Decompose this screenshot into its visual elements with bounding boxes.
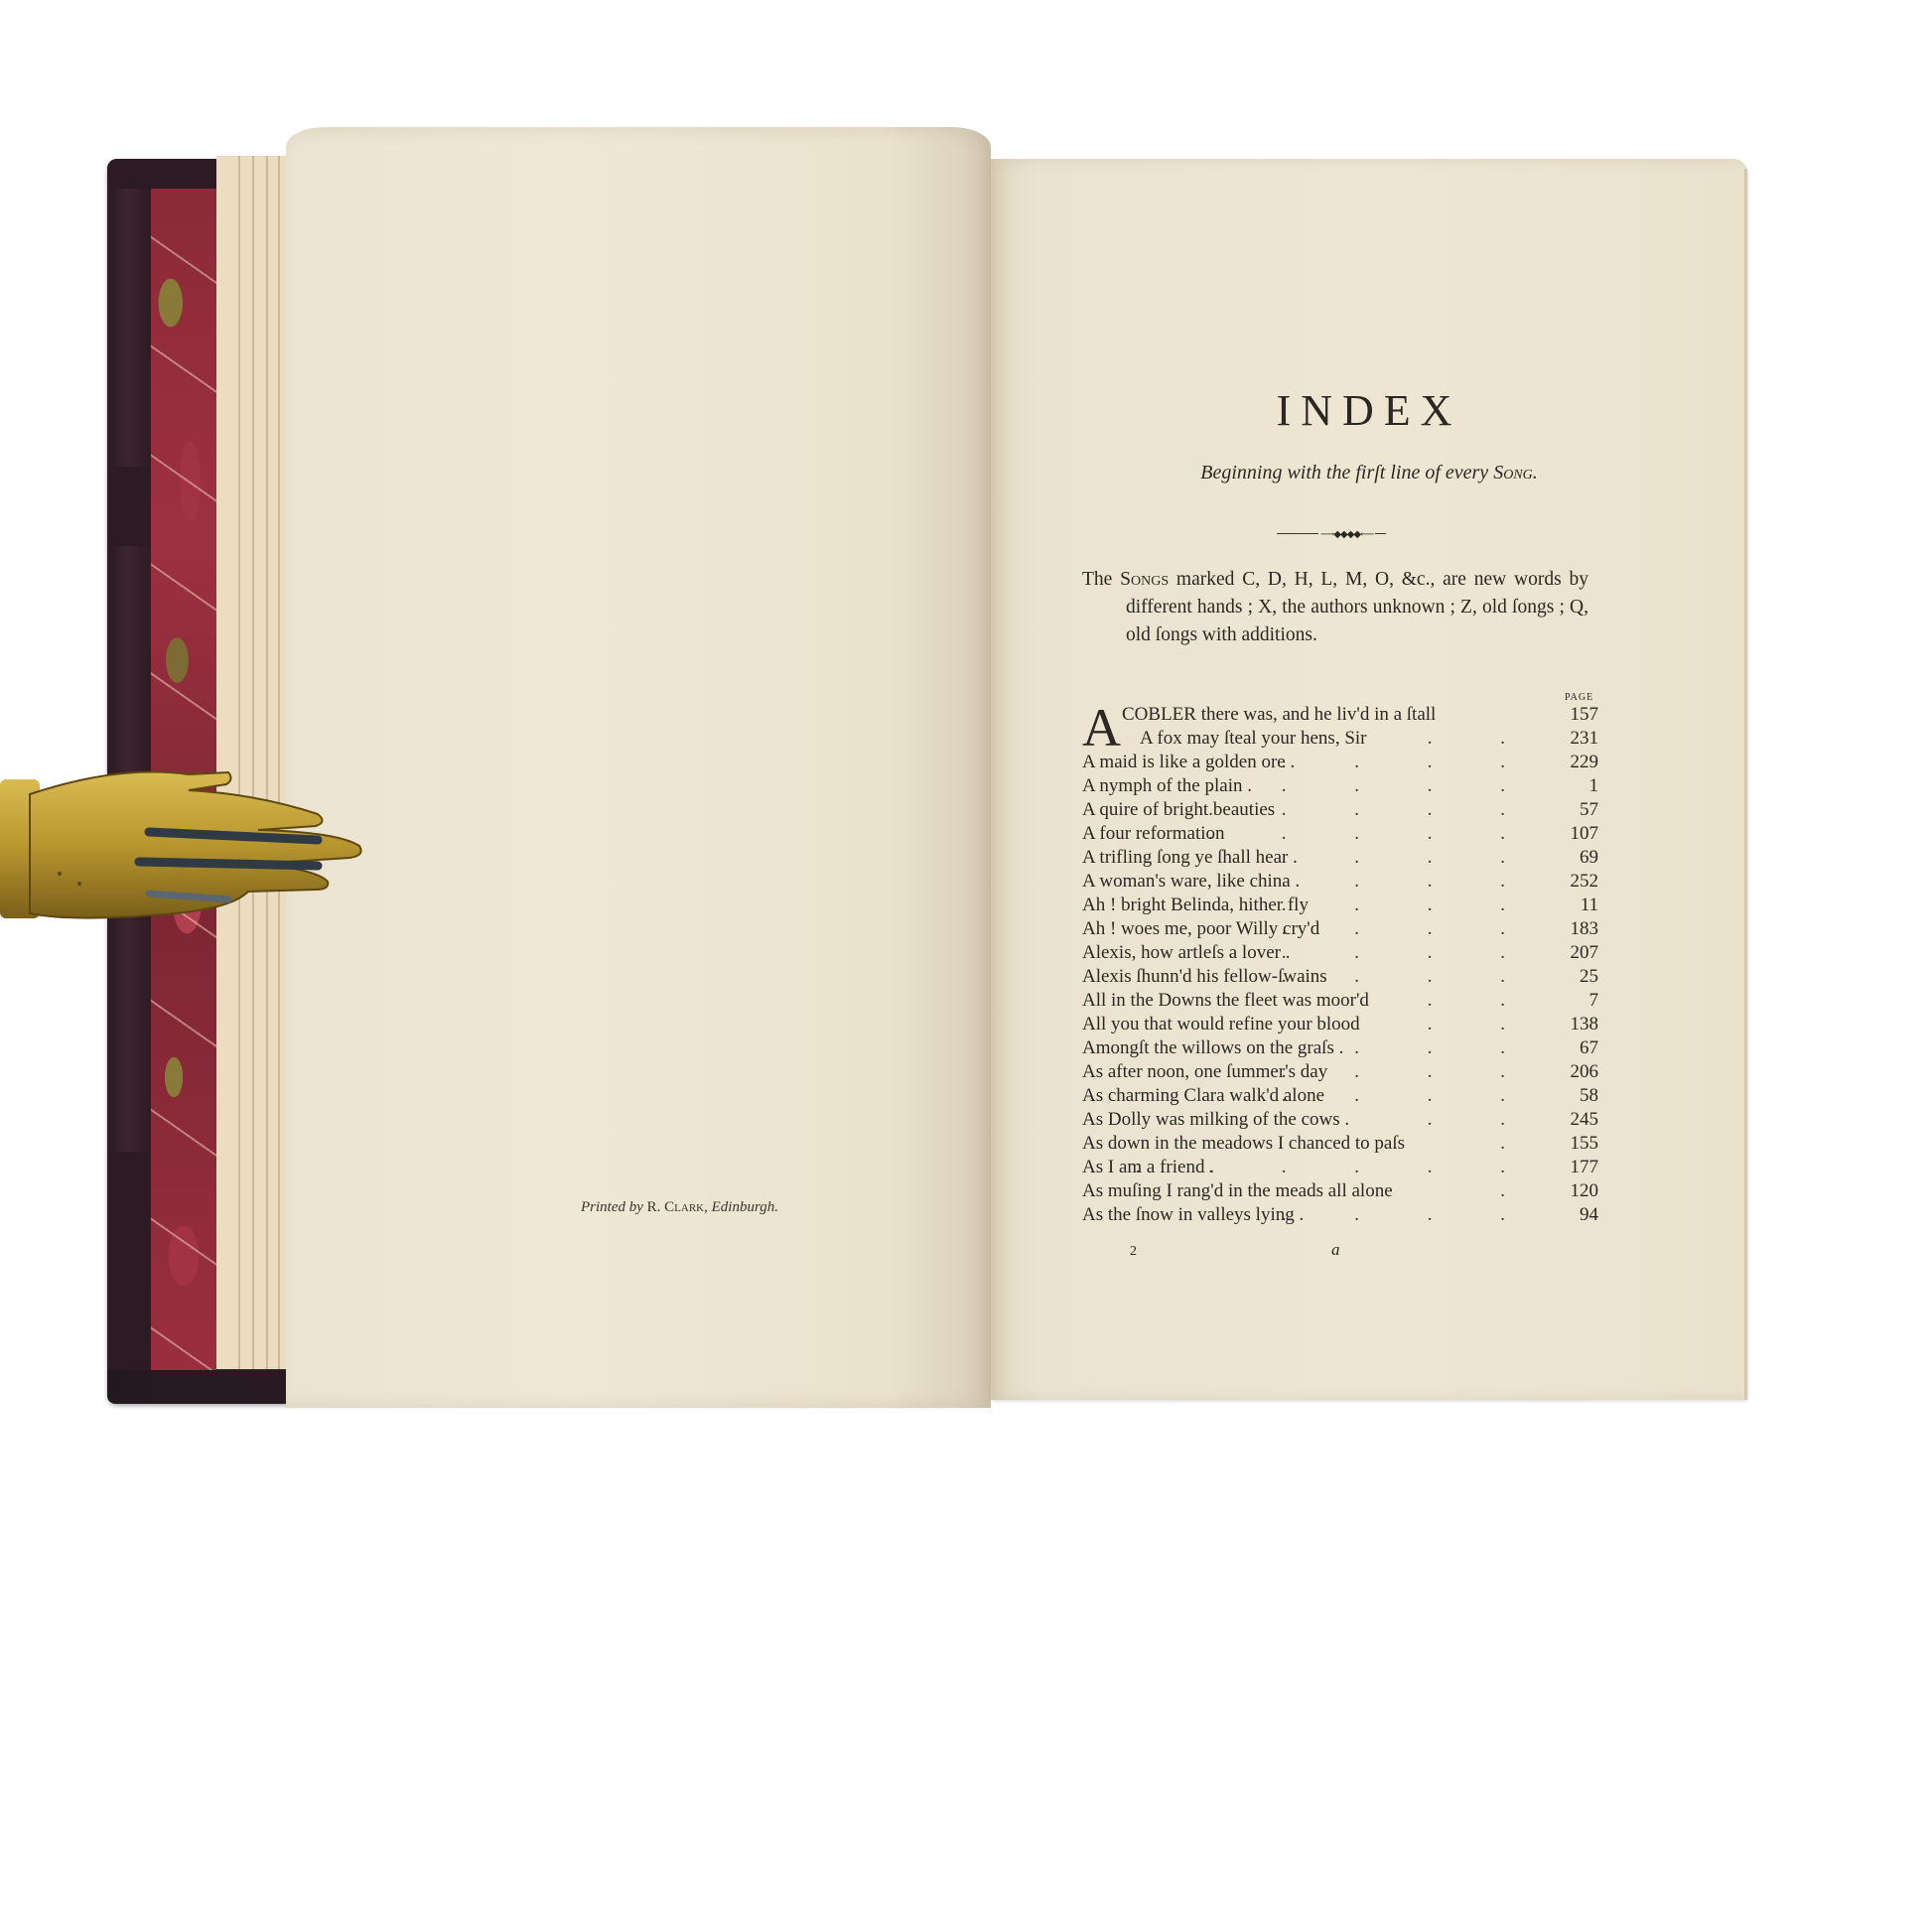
entry-leader-dots: . . . . . . xyxy=(1082,1156,1537,1179)
note-songs: Songs xyxy=(1120,569,1169,590)
imprint-printer-name: R. Clark, xyxy=(647,1199,708,1215)
entry-page: 183 xyxy=(1539,917,1598,941)
entry-page: 1 xyxy=(1539,774,1598,798)
entry-leader-dots: . . . . . . xyxy=(1082,822,1537,846)
entry-leader-dots: . . . . xyxy=(1082,846,1537,870)
index-entry: Alexis ſhunn'd his fellow-ſwains. . . .2… xyxy=(1082,965,1598,989)
entry-leader-dots: . . . . xyxy=(1082,870,1537,894)
entry-page: 120 xyxy=(1539,1179,1598,1203)
entry-page: 67 xyxy=(1539,1036,1598,1060)
entry-leader-dots: . . . . . xyxy=(1082,774,1537,798)
page-column-header: PAGE xyxy=(1565,692,1593,703)
entry-leader-dots: . . . . xyxy=(1082,941,1537,965)
entry-page: 69 xyxy=(1539,846,1598,870)
leather-corner-top xyxy=(107,159,216,189)
signature-number: 2 xyxy=(1130,1244,1137,1260)
entry-page: 107 xyxy=(1539,822,1598,846)
index-entry: Ah ! woes me, poor Willy cry'd. . . .183 xyxy=(1082,917,1598,941)
page-edge xyxy=(1744,169,1747,1400)
entry-leader-dots: . . xyxy=(1082,727,1537,751)
entry-page: 157 xyxy=(1539,703,1598,727)
entry-page: 245 xyxy=(1539,1108,1598,1132)
ornament-glyph: ⟶◆◆◆◆⟵ xyxy=(1318,529,1375,540)
index-entry: As after noon, one ſummer's day. . . .20… xyxy=(1082,1060,1598,1084)
entry-leader-dots: . . . . xyxy=(1082,894,1537,917)
entry-page: 11 xyxy=(1539,894,1598,917)
index-title: INDEX xyxy=(991,385,1747,436)
ornament-divider-icon: ⟶◆◆◆◆⟵ xyxy=(1277,528,1386,540)
note-text: marked C, D, H, L, M, O, &c., are new wo… xyxy=(1126,569,1588,645)
index-entry: A four reformation. . . . . .107 xyxy=(1082,822,1598,846)
entry-leader-dots: . . xyxy=(1082,989,1537,1013)
imprint-prefix: Printed by xyxy=(581,1199,643,1215)
entry-page: 7 xyxy=(1539,989,1598,1013)
entry-text: COBLER there was, and he liv'd in a ſtal… xyxy=(1122,703,1436,727)
entry-leader-dots: . . . . xyxy=(1082,1084,1537,1108)
entry-page: 231 xyxy=(1539,727,1598,751)
subtitle-text: Beginning with the firſt line of every xyxy=(1200,462,1488,483)
entry-page: 155 xyxy=(1539,1132,1598,1156)
index-entry: Amongſt the willows on the graſs .. . .6… xyxy=(1082,1036,1598,1060)
entry-leader-dots: . . . . . xyxy=(1082,798,1537,822)
entry-page: 25 xyxy=(1539,965,1598,989)
entry-leader-dots: . . . xyxy=(1082,1036,1537,1060)
entry-leader-dots: . . . . xyxy=(1082,965,1537,989)
entry-leader-dots: . . . . xyxy=(1082,1060,1537,1084)
index-entry: As Dolly was milking of the cows .. .245 xyxy=(1082,1108,1598,1132)
right-page: INDEX Beginning with the firſt line of e… xyxy=(991,159,1747,1400)
index-entries: A COBLER there was, and he liv'd in a ſt… xyxy=(1082,703,1598,1227)
entry-page: 138 xyxy=(1539,1013,1598,1036)
entry-leader-dots: . xyxy=(1082,1132,1537,1156)
index-subtitle: Beginning with the firſt line of every S… xyxy=(991,462,1747,484)
brass-hand-bookmark-icon xyxy=(0,735,367,933)
index-entry: A maid is like a golden ore .. . . .229 xyxy=(1082,751,1598,774)
entry-page: 177 xyxy=(1539,1156,1598,1179)
entry-leader-dots: . . . . xyxy=(1082,917,1537,941)
imprint-place: Edinburgh. xyxy=(712,1199,778,1215)
entry-page: 229 xyxy=(1539,751,1598,774)
note-lead: The xyxy=(1082,569,1112,590)
index-entry: Ah ! bright Belinda, hither fly. . . .11 xyxy=(1082,894,1598,917)
index-entry: As I am a friend .. . . . . .177 xyxy=(1082,1156,1598,1179)
leather-band-upper xyxy=(107,467,151,546)
leather-band-lower xyxy=(107,1152,151,1380)
index-entry: A fox may ſteal your hens, Sir . . 231 xyxy=(1082,727,1598,751)
signature-letter: a xyxy=(1331,1240,1340,1260)
index-entry: As down in the meadows I chanced to paſs… xyxy=(1082,1132,1598,1156)
index-entry: A woman's ware, like china .. . . .252 xyxy=(1082,870,1598,894)
index-entry: As muſing I rang'd in the meads all alon… xyxy=(1082,1179,1598,1203)
entry-leader-dots: . . . . xyxy=(1082,1203,1537,1227)
index-entry: As the ſnow in valleys lying .. . . .94 xyxy=(1082,1203,1598,1227)
index-entry: A quire of bright beauties. . . . .57 xyxy=(1082,798,1598,822)
left-page: Printed by R. Clark, Edinburgh. xyxy=(286,127,991,1408)
entry-leader-dots: . . xyxy=(1082,1108,1537,1132)
index-entry: A trifling ſong ye ſhall hear .. . . .69 xyxy=(1082,846,1598,870)
index-entry: As charming Clara walk'd alone. . . .58 xyxy=(1082,1084,1598,1108)
entry-page: 94 xyxy=(1539,1203,1598,1227)
entry-page: 57 xyxy=(1539,798,1598,822)
entry-leader-dots: . . . . xyxy=(1082,751,1537,774)
index-entry: A nymph of the plain .. . . . .1 xyxy=(1082,774,1598,798)
entry-leader-dots: . xyxy=(1082,1179,1537,1203)
subtitle-song: Song. xyxy=(1493,462,1538,483)
entry-page: 58 xyxy=(1539,1084,1598,1108)
index-entry: All in the Downs the fleet was moor'd. .… xyxy=(1082,989,1598,1013)
index-entry: Alexis, how artleſs a lover .. . . .207 xyxy=(1082,941,1598,965)
index-entry: All you that would refine your blood. .1… xyxy=(1082,1013,1598,1036)
entry-leader-dots: . . xyxy=(1082,1013,1537,1036)
entry-page: 207 xyxy=(1539,941,1598,965)
entry-page: 252 xyxy=(1539,870,1598,894)
index-key-note: The Songs marked C, D, H, L, M, O, &c., … xyxy=(1082,566,1588,649)
index-entry: A COBLER there was, and he liv'd in a ſt… xyxy=(1082,703,1598,727)
printer-imprint: Printed by R. Clark, Edinburgh. xyxy=(581,1199,778,1216)
entry-page: 206 xyxy=(1539,1060,1598,1084)
